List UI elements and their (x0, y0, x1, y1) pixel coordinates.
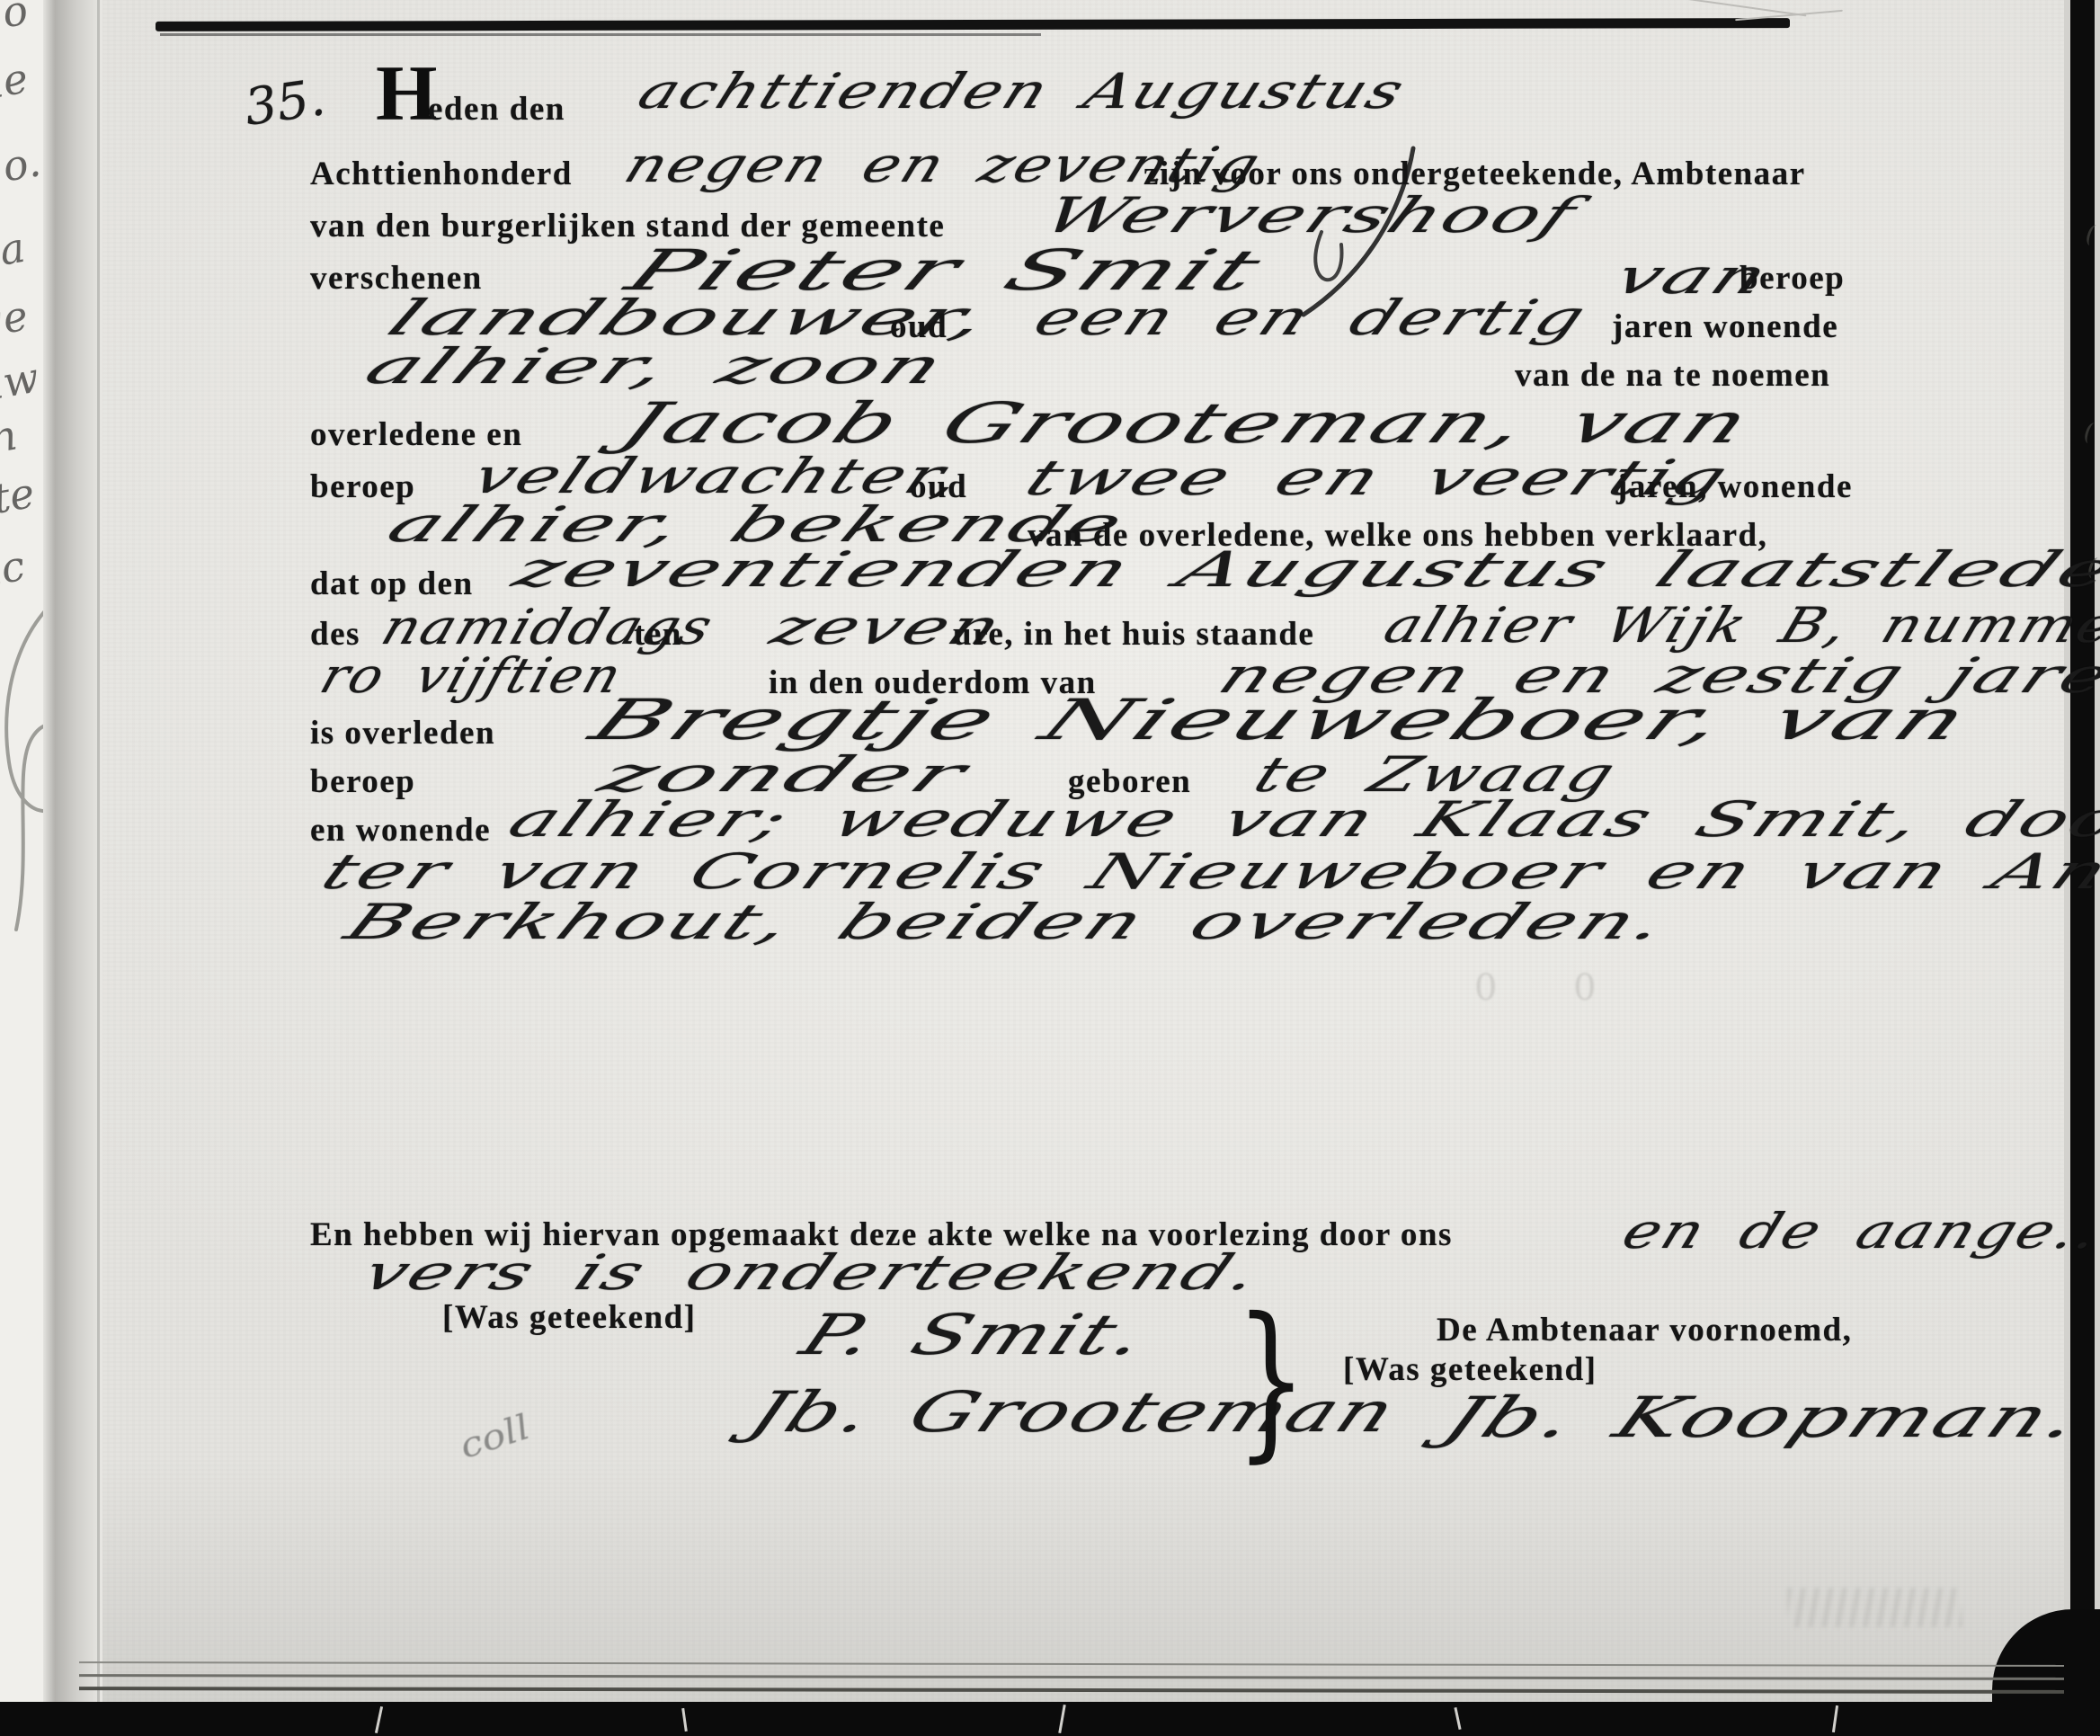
handwritten-entry: landbouwer, (378, 289, 1003, 346)
signature-flourish (1259, 135, 1528, 405)
printed-form-text: verschenen (310, 259, 483, 298)
printed-form-text: jaren, wonende (1616, 467, 1853, 506)
handwritten-entry: van (1606, 248, 1780, 305)
margin-fragment: in (0, 411, 21, 466)
was-geteekend-label-left: [Was geteekend] (442, 1298, 697, 1337)
margin-fragment: va (0, 223, 29, 279)
printed-form-text: in den ouderdom van (769, 663, 1097, 702)
margin-fragment: tte (0, 468, 38, 526)
printed-form-text: oud (890, 307, 948, 346)
book-binding-fold (43, 0, 102, 1736)
handwritten-entry: 35. (241, 68, 328, 138)
page-bottom-edge-line (79, 1661, 2064, 1667)
was-geteekend-label-right: [Was geteekend] (1343, 1350, 1597, 1389)
printed-form-text: overledene en (310, 415, 522, 454)
right-edge-shadow (2070, 0, 2095, 1736)
page-bottom-edge-line (79, 1687, 2064, 1694)
bleed-through-smudge (1787, 1588, 1962, 1627)
handwritten-entry: Berkhout, beiden overleden. (335, 894, 1678, 950)
handwritten-entry: zonder (589, 746, 981, 803)
handwritten-entry: ter van Cornelis Nieuweboer en van Antje (313, 843, 2100, 900)
printed-form-text: oud (910, 467, 967, 506)
handwritten-entry: alhier Wijk B, numme.. (1377, 597, 2100, 654)
binding-line (97, 0, 100, 1736)
margin-fragment: he (0, 53, 31, 110)
handwritten-entry: alhier, bekende (378, 496, 1136, 553)
handwritten-entry: Pieter Smit (615, 237, 1276, 303)
printed-form-text: is overleden (310, 714, 495, 752)
printed-form-text: van den burgerlijken stand der gemeente (310, 207, 945, 245)
top-rule-echo (160, 33, 1041, 36)
handwritten-entry: en de aange.. (1615, 1203, 2100, 1260)
printed-form-text: des (310, 615, 360, 654)
death-record-scan: { "page": { "act_number": "35.", "margin… (0, 0, 2100, 1736)
printed-form-text: En hebben wij hiervan opgemaakt deze akt… (310, 1215, 1453, 1254)
margin-fragment: hw (0, 352, 42, 411)
printed-form-text: Achttienhonderd (310, 155, 573, 193)
act-text: 35.Heden denachttienden AugustusAchttien… (0, 0, 2100, 1736)
handwritten-entry: zeventienden Augustus laatstleden (503, 541, 2100, 598)
handwritten-entry: alhier, zoon (355, 338, 957, 395)
printed-form-text: dat op den (310, 565, 474, 603)
page-bottom-edge-line (79, 1674, 2064, 1680)
handwritten-entry: te Zwaag (1246, 746, 1625, 803)
printed-form-text: van de na te noemen (1515, 356, 1830, 395)
paper-texture (0, 0, 2100, 1736)
handwritten-entry: Bregtje Nieuweboer, van (579, 687, 1982, 752)
handwritten-entry: twee en veertig (1017, 450, 1740, 506)
printed-form-text: geboren (1068, 762, 1191, 801)
printed-form-text: eden den (428, 90, 565, 129)
handwritten-entry: ro vijftien (314, 647, 630, 704)
margin-fragment: ljo (0, 0, 31, 42)
margin-fragment: ac (0, 541, 28, 597)
signature-brace: } (1235, 1282, 1307, 1479)
handwritten-entry: negen en zeventig (618, 137, 1269, 193)
official-signature-koopman: Jb. Koopman. (1434, 1384, 2094, 1450)
pencil-note: coll (455, 1407, 534, 1466)
printed-form-text: beroep (310, 467, 415, 506)
scan-bottom-band (0, 1702, 2100, 1736)
official-title: De Ambtenaar voornoemd, (1437, 1311, 1852, 1349)
printed-form-text: ten (634, 615, 682, 654)
top-rule (156, 18, 1790, 31)
handwritten-entry: veldwachter, (464, 448, 973, 504)
handwritten-entry: alhier; weduwe van Klaas Smit, doch.. (500, 791, 2100, 848)
handwritten-entry: zeven (762, 599, 1013, 655)
margin-fragment: ge (0, 290, 31, 347)
declarant-signature-smit: P. Smit. (791, 1302, 1158, 1367)
margin-fragment: do. (0, 137, 44, 196)
handwritten-entry: achttienden Augustus (630, 63, 1413, 120)
printed-form-text: H (376, 63, 437, 126)
printed-form-text: van de overledene, welke ons hebben verk… (1028, 516, 1767, 555)
declarant-signature-grooteman: Jb. Grooteman (740, 1379, 1407, 1445)
handwritten-entry: negen en zestig jaren (1210, 647, 2100, 704)
printed-form-text: jaren wonende (1612, 307, 1838, 346)
printed-form-text: ure, in het huis staande (953, 615, 1314, 654)
printed-form-text: en wonende (310, 811, 491, 850)
printed-form-text: beroep (310, 762, 415, 801)
handwritten-entry: Jacob Grooteman, van (611, 390, 1763, 456)
handwritten-entry: namiddags (375, 599, 721, 655)
printed-form-text: beroep (1740, 259, 1845, 298)
handwritten-entry: vers is onderteekend. (354, 1244, 1271, 1301)
bleed-through-mark: 0 0 (1474, 967, 1629, 1009)
